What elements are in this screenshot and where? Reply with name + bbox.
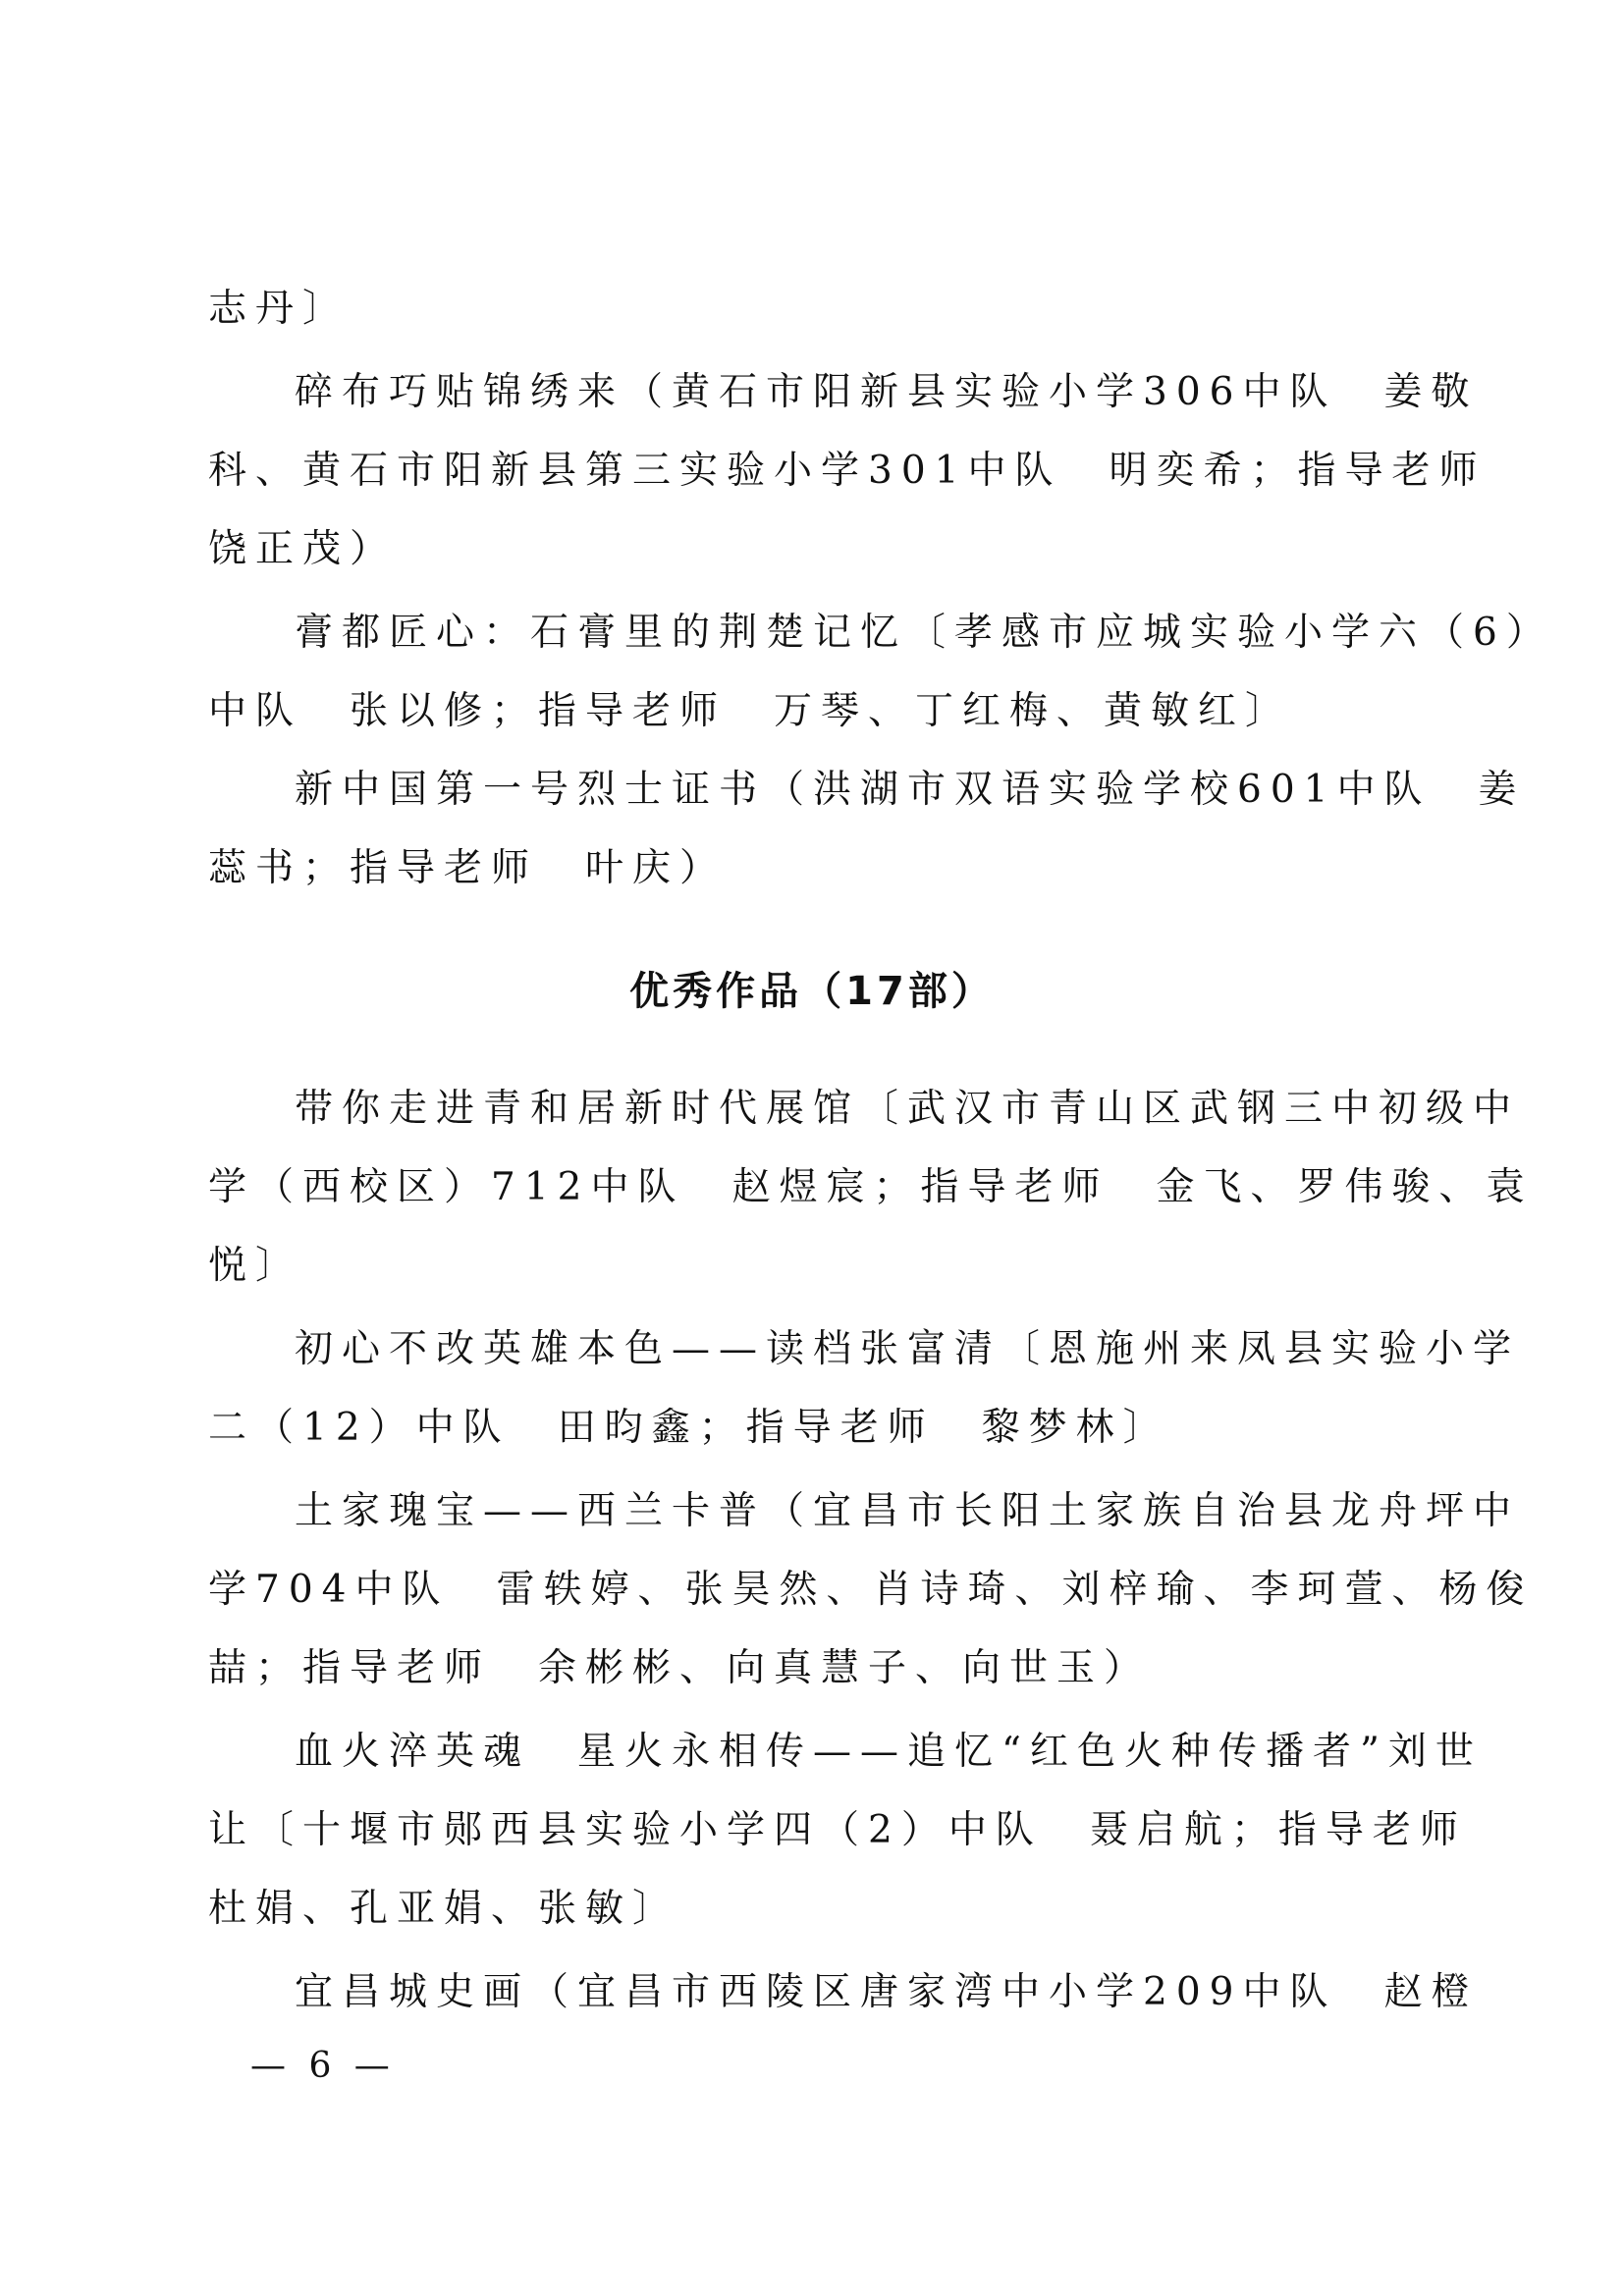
entry-line: 土家瑰宝——西兰卡普（宜昌市长阳土家族自治县龙舟坪中 <box>295 1487 1512 1536</box>
entry-line: 中队 张以修；指导老师 万琴、丁红梅、黄敏红〕 <box>208 687 1426 736</box>
section-heading: 优秀作品（17部） <box>0 967 1624 1016</box>
entry-line: 杜娟、孔亚娟、张敏〕 <box>208 1885 1426 1934</box>
entry-line: 学（西校区）712中队 赵煜宸；指导老师 金飞、罗伟骏、袁 <box>208 1163 1426 1212</box>
entry-line: 膏都匠心：石膏里的荆楚记忆〔孝感市应城实验小学六（6） <box>295 609 1512 658</box>
entry-line: 二（12）中队 田昀鑫；指导老师 黎梦林〕 <box>208 1404 1426 1453</box>
entry-line: 血火淬英魂 星火永相传——追忆“红色火种传播者”刘世 <box>295 1728 1512 1777</box>
continuation-line: 志丹〕 <box>208 285 1426 334</box>
entry-line: 碎布巧贴锦绣来（黄石市阳新县实验小学306中队 姜敬 <box>295 368 1512 417</box>
entry-line: 初心不改英雄本色——读档张富清〔恩施州来凤县实验小学 <box>295 1325 1512 1374</box>
entry-line: 喆；指导老师 余彬彬、向真慧子、向世玉） <box>208 1644 1426 1693</box>
entry-line: 宜昌城史画（宜昌市西陵区唐家湾中小学209中队 赵橙 <box>295 1968 1512 2017</box>
entry-line: 饶正茂） <box>208 525 1426 574</box>
entry-line: 学704中队 雷轶婷、张昊然、肖诗琦、刘梓瑜、李珂萱、杨俊 <box>208 1566 1426 1615</box>
page-number: — 6 — <box>250 2042 396 2091</box>
entry-line: 悦〕 <box>208 1242 1426 1291</box>
entry-line: 蕊书；指导老师 叶庆） <box>208 844 1426 893</box>
entry-line: 让〔十堰市郧西县实验小学四（2）中队 聂启航；指导老师 <box>208 1806 1426 1855</box>
document-page: 志丹〕 碎布巧贴锦绣来（黄石市阳新县实验小学306中队 姜敬 科、黄石市阳新县第… <box>0 0 1624 2296</box>
entry-line: 带你走进青和居新时代展馆〔武汉市青山区武钢三中初级中 <box>295 1085 1512 1134</box>
entry-line: 新中国第一号烈士证书（洪湖市双语实验学校601中队 姜 <box>295 766 1512 815</box>
entry-line: 科、黄石市阳新县第三实验小学301中队 明奕希；指导老师 <box>208 447 1426 496</box>
